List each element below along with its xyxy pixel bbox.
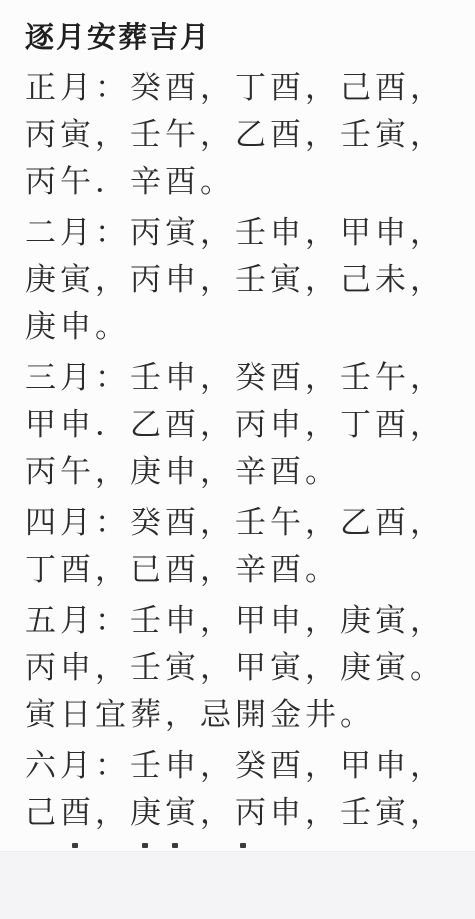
paragraph-month-4: 四月：癸酉，壬午，乙酉，丁酉，已酉，辛酉。	[25, 499, 457, 593]
clipped-char-mark	[72, 843, 78, 848]
paragraph-month-5: 五月：壬申，甲申，庚寅，丙申，壬寅，甲寅，庚寅。寅日宜葬，忌開金井。	[25, 597, 457, 738]
paragraph-month-3: 三月：壬申，癸酉，壬午，甲申．乙酉，丙申，丁酉，丙午，庚申，辛酉。	[25, 354, 457, 495]
clipped-char-mark	[240, 843, 246, 848]
paragraph-month-1: 正月：癸酉，丁酉，己酉，丙寅，壬午，乙酉，壬寅，丙午．辛酉。	[25, 64, 457, 205]
clipped-char-mark	[172, 843, 178, 848]
bottom-bar	[0, 851, 475, 919]
document-title: 逐月安葬吉月	[25, 20, 457, 56]
document-content: 逐月安葬吉月 正月：癸酉，丁酉，己酉，丙寅，壬午，乙酉，壬寅，丙午．辛酉。 二月…	[0, 0, 475, 836]
clipped-text-remnant	[0, 843, 475, 850]
paragraph-month-6: 六月：壬申，癸酉，甲申，己酉，庚寅，丙申，壬寅，	[25, 742, 457, 836]
page: 逐月安葬吉月 正月：癸酉，丁酉，己酉，丙寅，壬午，乙酉，壬寅，丙午．辛酉。 二月…	[0, 0, 475, 919]
clipped-char-mark	[142, 843, 148, 848]
paragraph-month-2: 二月：丙寅，壬申，甲申，庚寅，丙申，壬寅，己未，庚申。	[25, 209, 457, 350]
